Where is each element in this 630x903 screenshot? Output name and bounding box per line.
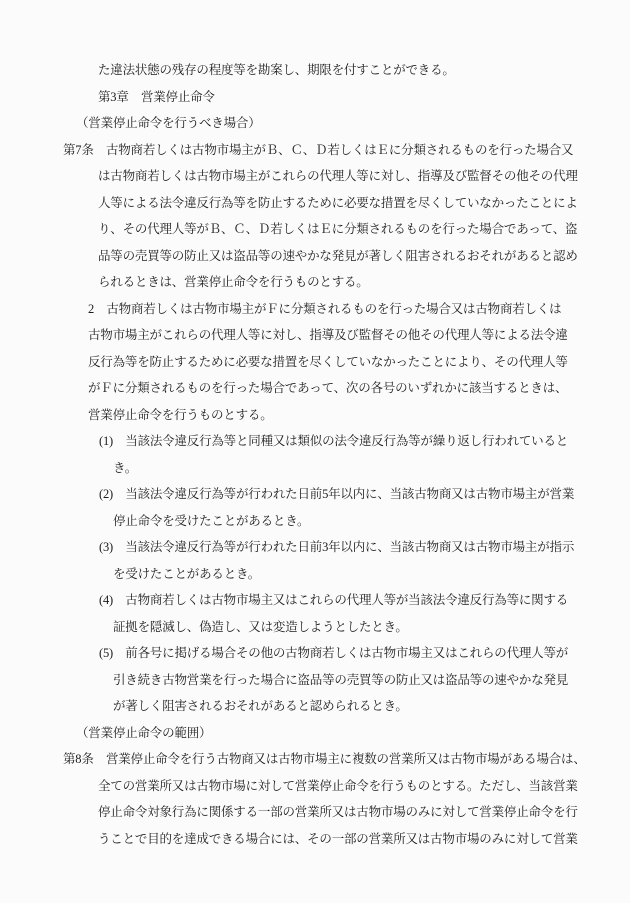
text-line: き。 [0,455,630,482]
text-line: (1) 当該法令違反行為等と同種又は類似の法令違反行為等が繰り返し行われていると [0,428,630,455]
text-line: (4) 古物商若しくは古物市場主又はこれらの代理人等が当該法令違反行為等に関する [0,587,630,614]
text-line: を受けたことがあるとき。 [0,561,630,588]
text-line: 営業停止命令を行うものとする。 [0,402,630,429]
text-line: （営業停止命令を行うべき場合） [0,110,630,137]
text-line: 証拠を隠滅し、偽造し、又は変造しようとしたとき。 [0,614,630,641]
text-line: 停止命令対象行為に関係する一部の営業所又は古物市場のみに対して営業停止命令を行 [0,799,630,826]
text-line: 全ての営業所又は古物市場に対して営業停止命令を行うものとする。ただし、当該営業 [0,773,630,800]
text-line: 品等の売買等の防止又は盗品等の速やかな発見が著しく阻害されるおそれがあると認め [0,243,630,270]
text-line: が著しく阻害されるおそれがあると認められるとき。 [0,693,630,720]
text-line: 反行為等を防止するために必要な措置を尽くしていなかったことにより、その代理人等 [0,349,630,376]
text-line: 第8条 営業停止命令を行う古物商又は古物市場主に複数の営業所又は古物市場がある場… [0,746,630,773]
text-line: は古物商若しくは古物市場主がこれらの代理人等に対し、指導及び監督その他その代理 [0,163,630,190]
document-page: た違法状態の残存の程度等を勘案し、期限を付すことができる。第3章 営業停止命令（… [0,0,630,903]
text-line: 第3章 営業停止命令 [0,84,630,111]
text-line: られるときは、営業停止命令を行うものとする。 [0,269,630,296]
text-line: うことで目的を達成できる場合には、その一部の営業所又は古物市場のみに対して営業 [0,826,630,853]
text-line: がＦに分類されるものを行った場合であって、次の各号のいずれかに該当するときは、 [0,375,630,402]
text-line: （営業停止命令の範囲） [0,720,630,747]
text-line: (2) 当該法令違反行為等が行われた日前5年以内に、当該古物商又は古物市場主が営… [0,481,630,508]
text-line: 第7条 古物商若しくは古物市場主がＢ、Ｃ、Ｄ若しくはＥに分類されるものを行った場… [0,137,630,164]
text-line: 古物市場主がこれらの代理人等に対し、指導及び監督その他その代理人等による法令違 [0,322,630,349]
text-line: (3) 当該法令違反行為等が行われた日前3年以内に、当該古物商又は古物市場主が指… [0,534,630,561]
document-body: た違法状態の残存の程度等を勘案し、期限を付すことができる。第3章 営業停止命令（… [0,57,630,852]
text-line: (5) 前各号に掲げる場合その他の古物商若しくは古物市場主又はこれらの代理人等が [0,640,630,667]
text-line: 人等による法令違反行為等を防止するために必要な措置を尽くしていなかったことによ [0,190,630,217]
text-line: 停止命令を受けたことがあるとき。 [0,508,630,535]
text-line: た違法状態の残存の程度等を勘案し、期限を付すことができる。 [0,57,630,84]
text-line: 引き続き古物営業を行った場合に盗品等の売買等の防止又は盗品等の速やかな発見 [0,667,630,694]
text-line: 2 古物商若しくは古物市場主がＦに分類されるものを行った場合又は古物商若しくは [0,296,630,323]
text-line: り、その代理人等がＢ、Ｃ、Ｄ若しくはＥに分類されるものを行った場合であって、盗 [0,216,630,243]
